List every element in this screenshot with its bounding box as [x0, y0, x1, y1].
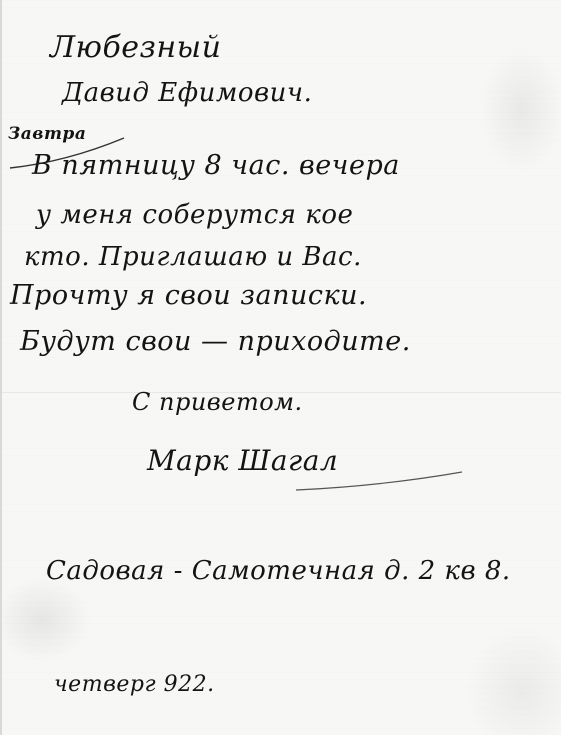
- body-line-4: Прочту я свои записки.: [10, 280, 367, 311]
- signature-flourish: [292, 470, 472, 500]
- closing: С приветом.: [132, 388, 303, 416]
- body-line-2: у меня соберутся кое: [36, 200, 353, 230]
- date: четверг 922.: [54, 672, 215, 697]
- addressee: Давид Ефимович.: [62, 78, 312, 108]
- body-line-1: В пятницу 8 час. вечера: [32, 150, 400, 181]
- address: Садовая - Самотечная д. 2 кв 8.: [46, 556, 511, 586]
- body-line-5: Будут свои — приходите.: [20, 326, 411, 357]
- body-line-3: кто. Приглашаю и Вас.: [24, 242, 362, 272]
- letter-page: Любезный Давид Ефимович. Завтра В пятниц…: [0, 0, 561, 735]
- salutation: Любезный: [50, 30, 221, 65]
